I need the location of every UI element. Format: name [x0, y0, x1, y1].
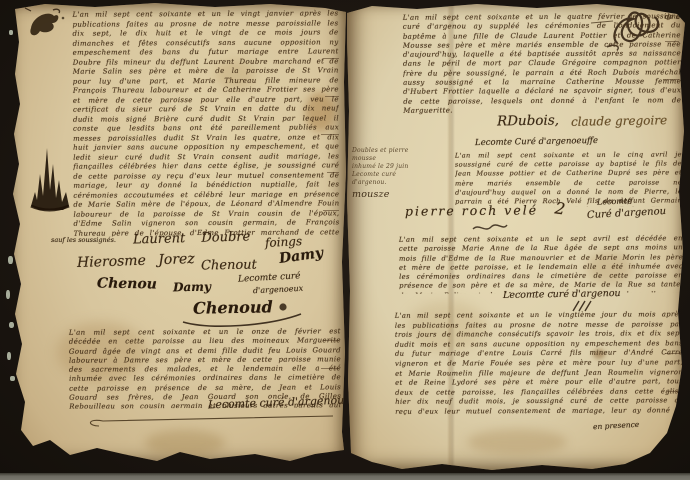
line-filler-dash [323, 210, 339, 211]
signature-lecomte-small: Lecomte [597, 196, 632, 206]
signature-lecomte-baptism1: Lecomte Curé d'argenoeuffe [475, 136, 598, 148]
signature-chenou: Chenou [97, 275, 157, 292]
ink-blot [23, 6, 67, 46]
torn-edge-speck [9, 322, 14, 328]
line-filler-dash [665, 353, 681, 354]
signature-lecomte-cure: Lecomte curé [238, 271, 301, 284]
signature-paraph-2: 2 [554, 198, 567, 218]
scanner-bed-strip [0, 473, 690, 480]
signature-chenout: Chenout [201, 258, 257, 274]
line-filler-dash [321, 134, 339, 135]
signature-note: sauf les soussignés. [51, 236, 116, 244]
record-marriage-janvier: L'an mil sept cent soixante et un le vin… [72, 9, 339, 236]
torn-edge-speck [6, 290, 10, 299]
line-filler-dash [667, 391, 681, 392]
signature-damy-2: Damy [173, 280, 211, 295]
margin-note-line: Lecomte curé [352, 171, 410, 179]
margin-note-line: inhumé le 29 juin [352, 163, 410, 171]
signature-claude-gregoire: claude gregoire [571, 113, 667, 129]
signature-flourish [177, 294, 311, 330]
signature-final: en presence [593, 420, 640, 431]
margin-note-line: mousse [352, 155, 410, 163]
margin-note-mousze: mousze [352, 191, 410, 199]
line-filler-dash [665, 41, 679, 42]
margin-note-line: d'argenou. [352, 179, 410, 187]
left-page: L'an mil sept cent soixante et un le vin… [5, 2, 346, 467]
signature-pierre-roch-vele: pierre roch velé [405, 202, 538, 218]
line-filler-dash [663, 79, 679, 80]
record-burial-avril: L'an mil sept cent soixante et un le sep… [399, 234, 683, 293]
paper-stain [467, 429, 567, 455]
right-page: de d L'an mil sept cent soixante et un l… [347, 1, 685, 472]
line-filler-dash [325, 96, 339, 97]
record-baptism-avril: L'an mil sept cent soixante et un le cin… [455, 150, 682, 207]
line-filler-dash [327, 172, 339, 173]
margin-note-line: Doubles et pierre [352, 147, 410, 155]
signature-lecomte-burial2: Lecomte curé d'argenou [503, 288, 621, 301]
closing-flourish-line [85, 412, 341, 430]
torn-edge-speck [8, 256, 13, 264]
signature-hierosme-jorez: Hierosme Jorez [77, 251, 195, 271]
torn-edge-speck [10, 376, 15, 381]
signature-rdubois: RDubois, [497, 112, 559, 129]
signature-laurent-doubre: Laurent Doubre [133, 229, 251, 247]
torn-edge-speck [7, 352, 11, 360]
record-marriage-bas: L'an mil sept cent soixante et un le vin… [395, 310, 684, 416]
scanned-document: L'an mil sept cent soixante et un le vin… [0, 0, 690, 480]
line-filler-dash [323, 58, 339, 59]
ink-blot-feather [25, 140, 73, 212]
paper-stain [145, 430, 225, 456]
signature-paraph [469, 221, 509, 235]
record-baptism-fevrier: L'an mil sept cent soixante et un le qua… [403, 12, 682, 119]
torn-edge-speck [9, 30, 13, 35]
margin-note: Doubles et pierre mousse inhumé le 29 ju… [352, 147, 410, 199]
signature-cure-argenou: Curé d'argenou [587, 206, 667, 221]
